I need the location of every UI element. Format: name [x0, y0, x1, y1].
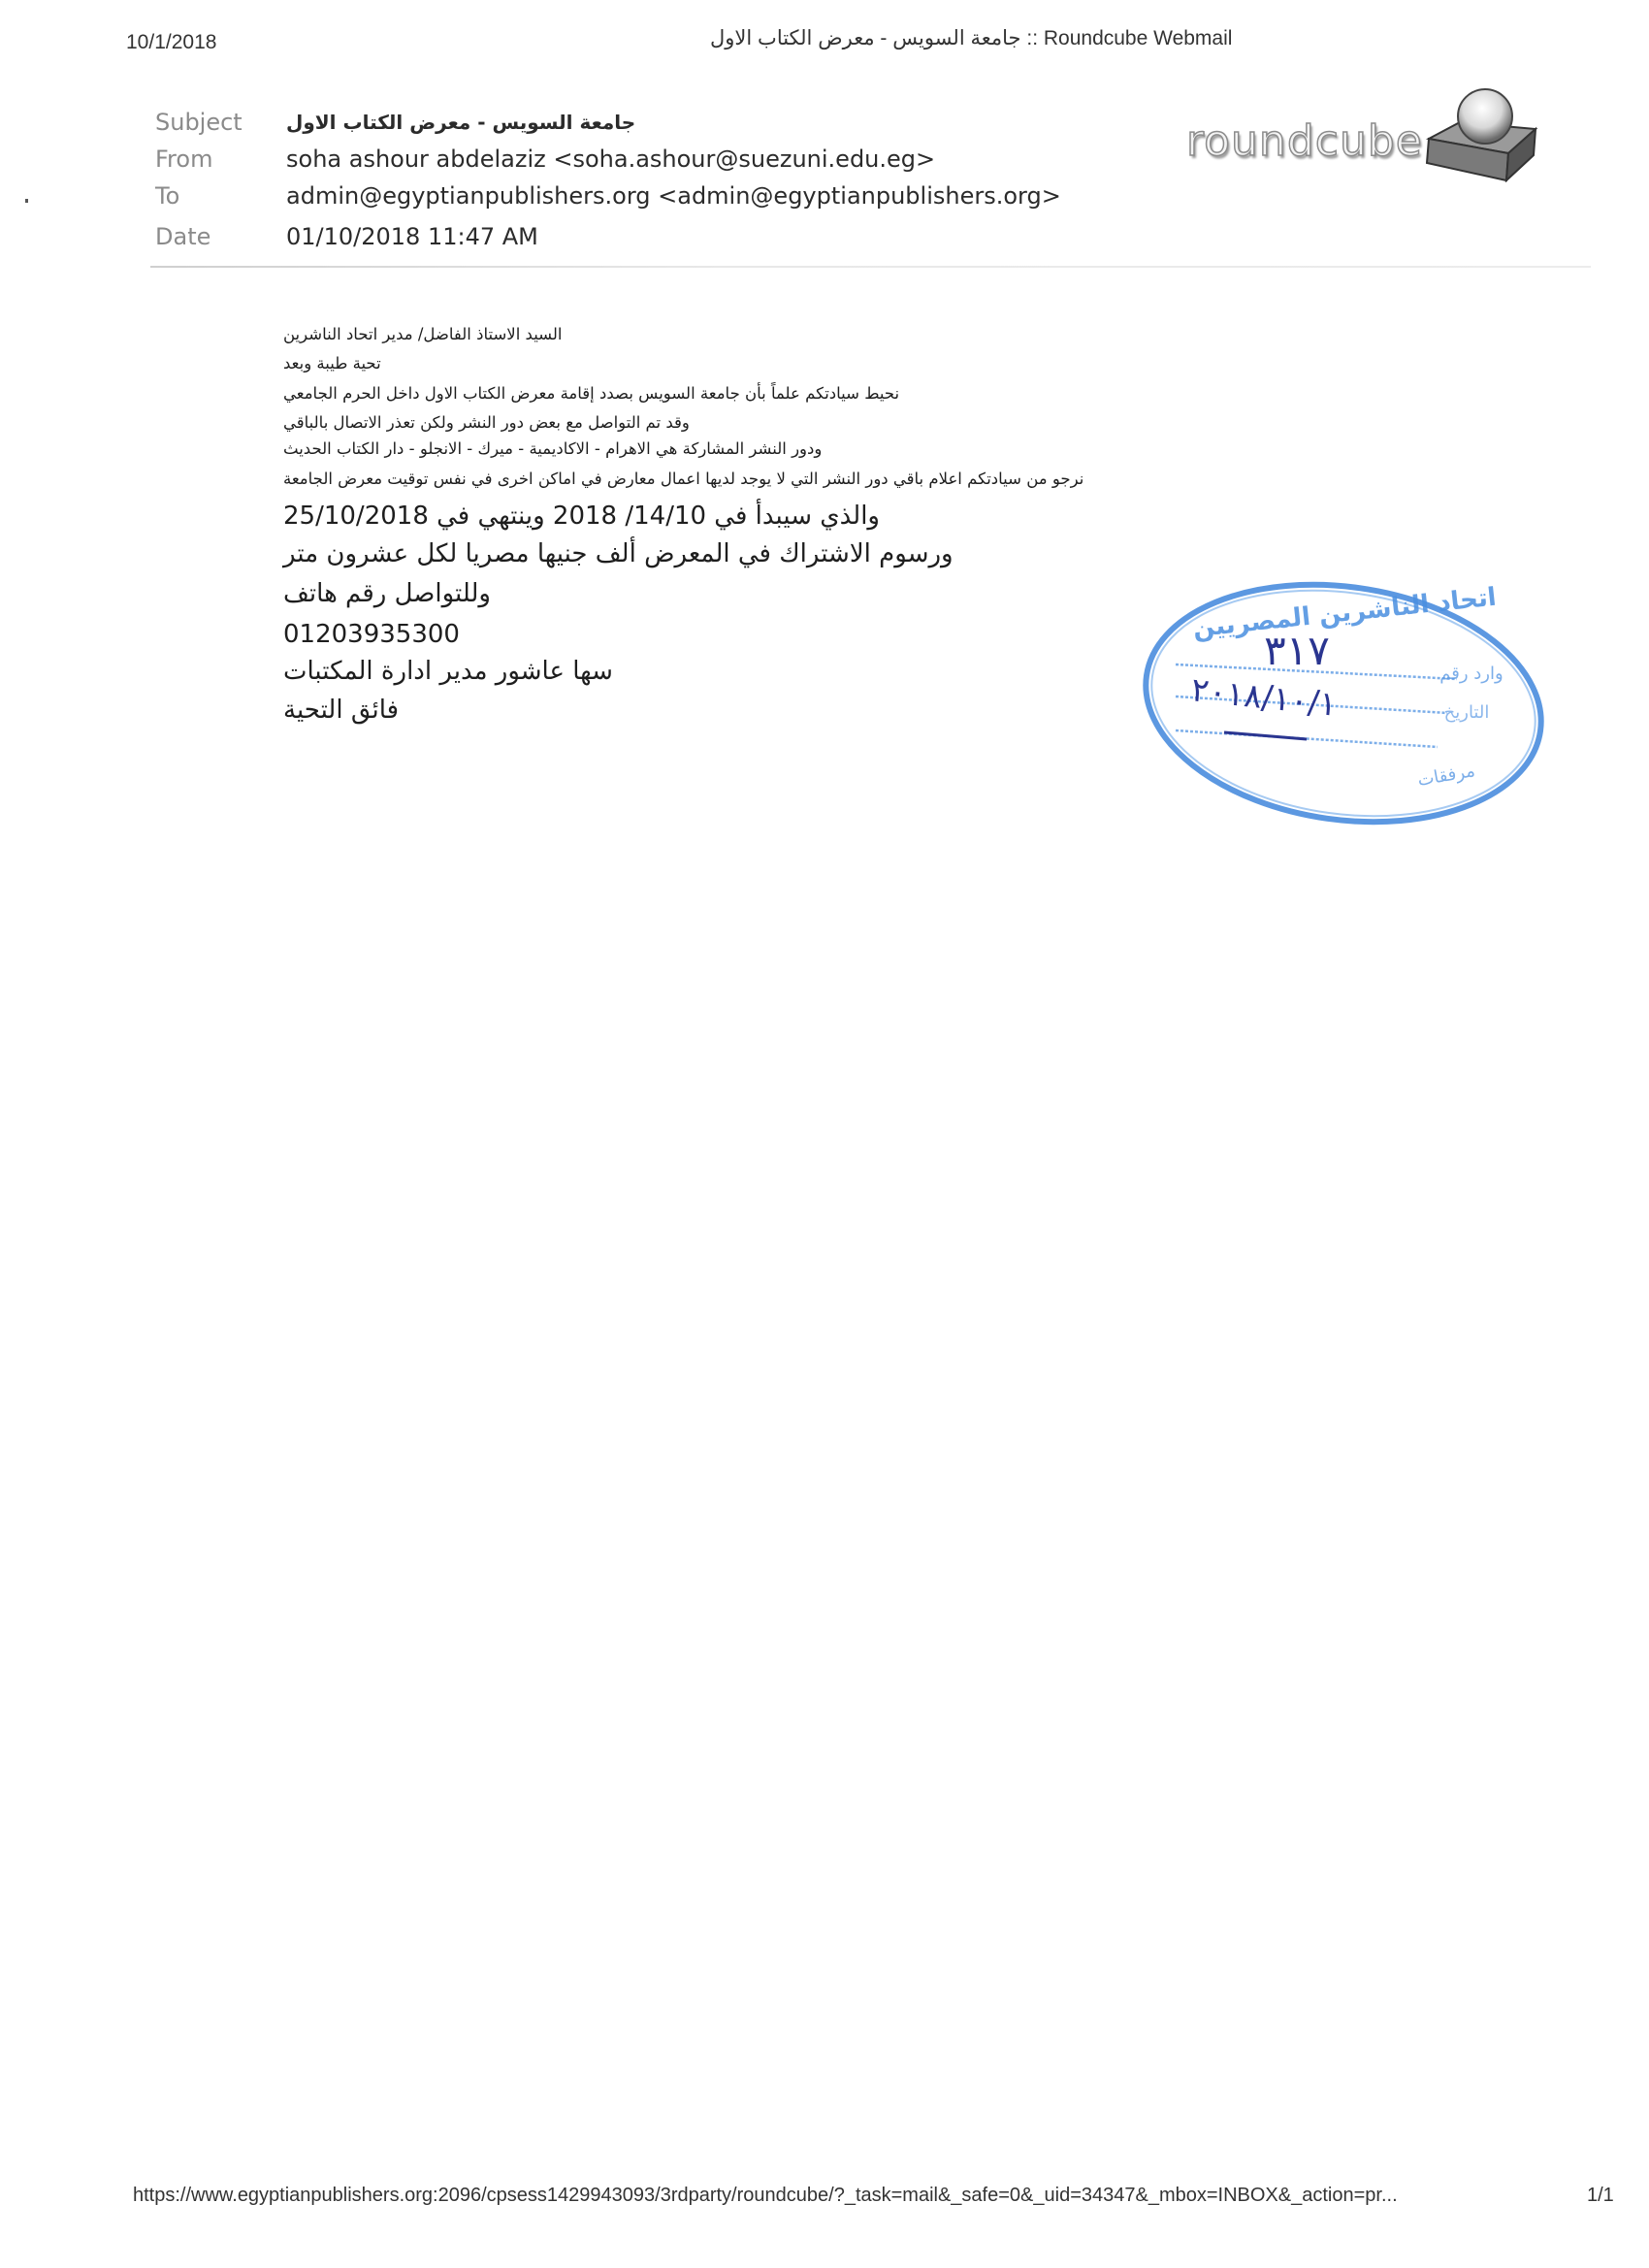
stamp-field-number: وارد رقم — [1439, 664, 1503, 684]
body-dates: والذي سيبدأ في 14/10/ 2018 وينتهي في 25/… — [283, 499, 880, 534]
handwritten-date: ٢٠١٨/١٠/١ — [1189, 670, 1339, 725]
body-contact-label: وللتواصل رقم هاتف — [283, 576, 491, 611]
date-label: Date — [155, 223, 286, 250]
body-phone-number: 01203935300 — [283, 617, 460, 652]
scan-artifact — [25, 199, 28, 203]
body-paragraph: نحيط سيادتكم علماً بأن جامعة السويس بصدد… — [283, 383, 899, 405]
body-closing: فائق التحية — [283, 693, 399, 728]
from-value[interactable]: soha ashour abdelaziz <soha.ashour@suezu… — [286, 146, 935, 173]
print-date: 10/1/2018 — [126, 31, 216, 54]
body-paragraph: نرجو من سيادتكم اعلام باقي دور النشر الت… — [283, 469, 1083, 490]
body-salutation: السيد الاستاذ الفاضل/ مدير اتحاد الناشري… — [283, 324, 563, 345]
header-row-from: From soha ashour abdelaziz <soha.ashour@… — [155, 142, 935, 177]
from-label: From — [155, 146, 286, 173]
page-number: 1/1 — [1587, 2185, 1614, 2207]
header-row-date: Date 01/10/2018 11:47 AM — [155, 219, 538, 254]
roundcube-logo: roundcube — [1179, 85, 1547, 182]
date-value: 01/10/2018 11:47 AM — [286, 223, 538, 250]
stamp-graphic: اتحاد الناشرين المصريين وارد رقم التاريخ… — [1137, 572, 1554, 834]
to-label: To — [155, 182, 286, 210]
print-page-title: جامعة السويس - معرض الكتاب الاول :: Roun… — [710, 26, 1232, 50]
logo-text: roundcube — [1186, 116, 1423, 166]
header-row-subject: Subject جامعة السويس - معرض الكتاب الاول — [155, 105, 635, 140]
to-value[interactable]: admin@egyptianpublishers.org <admin@egyp… — [286, 182, 1061, 210]
roundcube-cube-icon — [1421, 85, 1547, 182]
stamp-field-attachments: مرفقات — [1416, 761, 1476, 791]
received-stamp: اتحاد الناشرين المصريين وارد رقم التاريخ… — [1137, 572, 1554, 834]
handwritten-number: ٣١٧ — [1264, 627, 1330, 674]
footer-url[interactable]: https://www.egyptianpublishers.org:2096/… — [133, 2185, 1398, 2207]
body-paragraph: ودور النشر المشاركة هي الاهرام - الاكادي… — [283, 438, 822, 460]
body-signature: سها عاشور مدير ادارة المكتبات — [283, 654, 613, 689]
header-row-to: To admin@egyptianpublishers.org <admin@e… — [155, 178, 1061, 213]
body-greeting: تحية طيبة وبعد — [283, 353, 381, 374]
subject-value: جامعة السويس - معرض الكتاب الاول — [286, 111, 635, 134]
stamp-field-date: التاريخ — [1444, 702, 1490, 723]
body-fees: ورسوم الاشتراك في المعرض ألف جنيها مصريا… — [283, 536, 954, 571]
header-divider — [150, 266, 1591, 268]
subject-label: Subject — [155, 109, 286, 136]
body-paragraph: وقد تم التواصل مع بعض دور النشر ولكن تعذ… — [283, 412, 690, 434]
